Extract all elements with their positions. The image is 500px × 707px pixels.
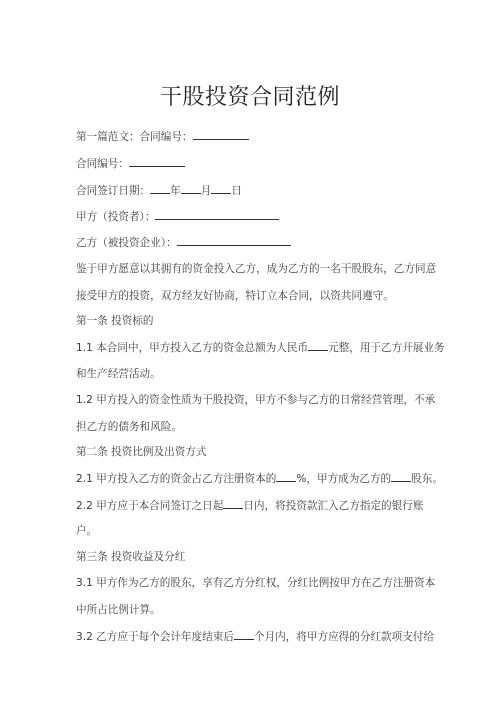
blank-shareholder-type[interactable]	[391, 470, 411, 482]
paragraph-line: 中所占比例计算。	[76, 602, 436, 618]
paragraph-line: 和生产经营活动。	[76, 366, 436, 382]
contract-number-line-1: 第一篇范文：合同编号：	[76, 128, 436, 145]
paragraph-line: 2.1 甲方投入乙方的资金占乙方注册资本的%，甲方成为乙方的股东。	[76, 470, 436, 487]
year-label: 年	[170, 185, 181, 197]
line-text: 股东。	[411, 473, 443, 485]
paragraph-line: 3.2 乙方应于每个会计年度结束后个月内，将甲方应得的分红款项支付给	[76, 628, 436, 645]
line-text: 2.2 甲方应于本合同签订之日起	[76, 500, 223, 512]
line-text: 乙方（被投资企业）：	[76, 237, 177, 249]
line-text: 合同编号：	[76, 158, 129, 170]
month-label: 月	[201, 185, 212, 197]
line-text: 3.2 乙方应于每个会计年度结束后	[76, 631, 234, 643]
day-label: 日	[231, 185, 242, 197]
line-text: 甲方（投资者）：	[76, 211, 155, 223]
section-heading: 第三条 投资收益及分红	[76, 549, 436, 565]
blank-year[interactable]	[150, 182, 170, 194]
document-page: 干股投资合同范例 第一篇范文：合同编号： 合同编号： 合同签订日期：年月日 甲方…	[0, 0, 500, 707]
blank-days[interactable]	[223, 497, 243, 509]
blank-field[interactable]	[129, 155, 185, 167]
section-heading: 第一条 投资标的	[76, 313, 436, 329]
blank-day[interactable]	[211, 182, 231, 194]
paragraph-line: 鉴于甲方愿意以其拥有的资金投入乙方，成为乙方的一名干股股东，乙方同意	[76, 261, 436, 277]
blank-month[interactable]	[181, 182, 201, 194]
sign-date-line: 合同签订日期：年月日	[76, 182, 436, 199]
blank-percent[interactable]	[276, 470, 296, 482]
line-text: %，甲方成为乙方的	[296, 473, 391, 485]
paragraph-line: 接受甲方的投资，双方经友好协商，特订立本合同，以资共同遵守。	[76, 288, 436, 304]
line-text: 元整，用于乙方开展业务	[328, 342, 445, 354]
blank-field[interactable]	[177, 234, 291, 246]
document-title: 干股投资合同范例	[0, 82, 500, 114]
paragraph-line: 户。	[76, 523, 436, 539]
paragraph-line: 1.1 本合同中，甲方投入乙方的资金总额为人民币元整，用于乙方开展业务	[76, 339, 436, 356]
contract-number-line-2: 合同编号：	[76, 155, 436, 172]
line-text: 1.1 本合同中，甲方投入乙方的资金总额为人民币	[76, 342, 308, 354]
blank-field[interactable]	[155, 208, 279, 220]
section-heading: 第二条 投资比例及出资方式	[76, 444, 436, 460]
line-text: 第一篇范文：合同编号：	[76, 131, 193, 143]
party-b-line: 乙方（被投资企业）：	[76, 234, 436, 251]
paragraph-line: 2.2 甲方应于本合同签订之日起日内，将投资款汇入乙方指定的银行账	[76, 497, 436, 514]
line-text: 个月内，将甲方应得的分红款项支付给	[254, 631, 434, 643]
paragraph-line: 3.1 甲方作为乙方的股东，享有乙方分红权，分红比例按甲方在乙方注册资本	[76, 575, 436, 591]
blank-amount[interactable]	[308, 339, 328, 351]
line-text: 合同签订日期：	[76, 185, 150, 197]
line-text: 日内，将投资款汇入乙方指定的银行账	[243, 500, 423, 512]
paragraph-line: 1.2 甲方投入的资金性质为干股投资，甲方不参与乙方的日常经营管理，不承	[76, 392, 436, 408]
paragraph-line: 担乙方的债务和风险。	[76, 419, 436, 435]
blank-field[interactable]	[193, 128, 249, 140]
line-text: 2.1 甲方投入乙方的资金占乙方注册资本的	[76, 473, 276, 485]
blank-months[interactable]	[234, 628, 254, 640]
party-a-line: 甲方（投资者）：	[76, 208, 436, 225]
